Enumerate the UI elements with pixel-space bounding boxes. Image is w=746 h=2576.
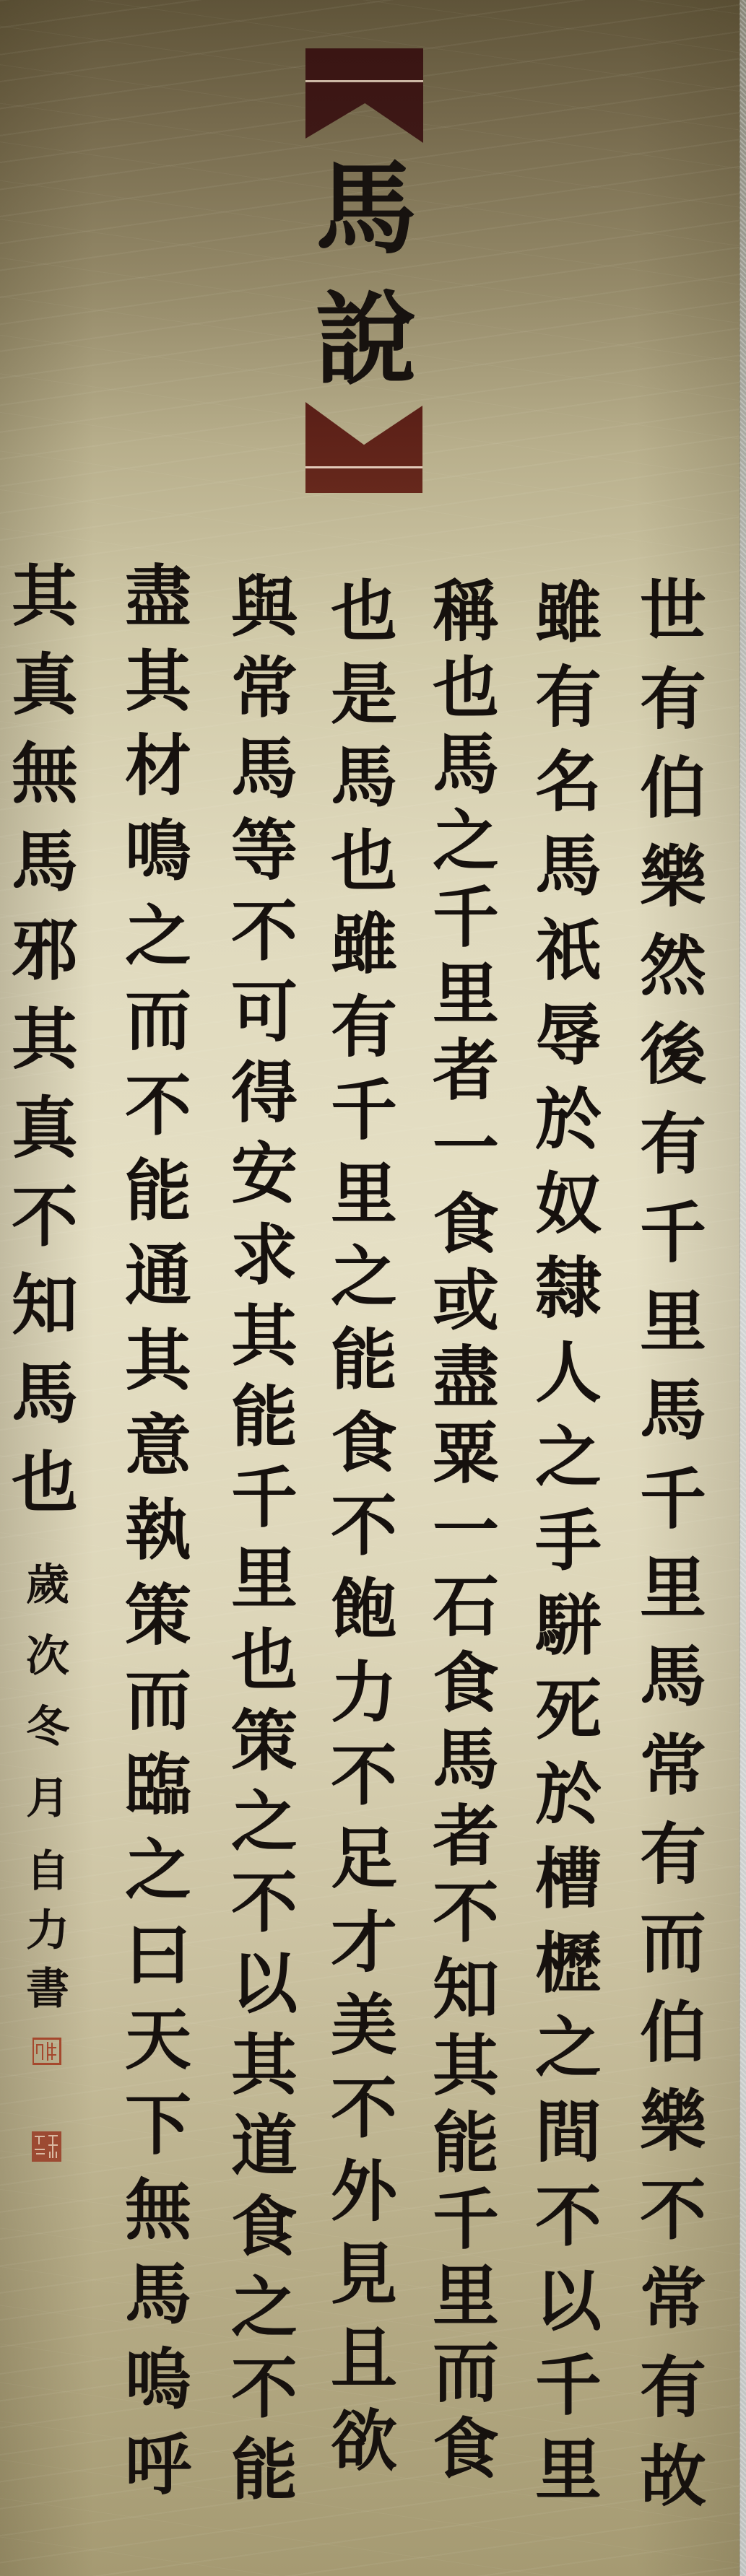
- calligraphy-character: 自: [22, 1849, 73, 1894]
- seal-mark: [36, 2044, 38, 2054]
- inscription-date: 歲次冬月: [22, 1563, 73, 1821]
- calligraphy-character: 也: [225, 1627, 304, 1693]
- calligraphy-character: 馬: [426, 1726, 506, 1793]
- calligraphy-character: 稱: [426, 578, 506, 645]
- calligraphy-character: 真: [5, 652, 84, 718]
- calligraphy-character: 之: [118, 903, 198, 969]
- calligraphy-character: 等: [225, 817, 304, 883]
- calligraphy-character: 而: [118, 987, 198, 1054]
- calligraphy-character: 欲: [324, 2408, 404, 2474]
- seal-mark: [49, 2152, 51, 2158]
- calligraphy-character: 駢: [529, 1592, 608, 1659]
- calligraphy-character: 常: [225, 655, 304, 721]
- seal-lower: [32, 2131, 61, 2162]
- calligraphy-character: 馬: [5, 1361, 84, 1427]
- banner-rule: [305, 466, 422, 468]
- seal-mark: [51, 2043, 53, 2060]
- calligraphy-character: 後: [633, 1021, 713, 1088]
- calligraphy-character: 辱: [529, 1002, 608, 1068]
- mounting-border: [740, 0, 746, 2576]
- calligraphy-character: 不: [529, 2183, 608, 2250]
- seal-mark: [36, 2153, 45, 2154]
- calligraphy-character: 也: [324, 578, 404, 645]
- calligraphy-character: 而: [633, 1910, 713, 1976]
- calligraphy-character: 也: [5, 1449, 84, 1516]
- calligraphy-character: 或: [426, 1267, 506, 1334]
- calligraphy-character: 伯: [633, 755, 713, 821]
- calligraphy-scroll: 馬 說 世有伯樂然後有千里馬千里馬常有而伯樂不常有故 雖有名馬祇辱於奴隸人之手駢…: [0, 0, 746, 2576]
- calligraphy-character: 可: [225, 979, 304, 1045]
- calligraphy-character: 以: [529, 2268, 608, 2334]
- seal-mark: [35, 2136, 45, 2137]
- calligraphy-character: 能: [225, 1384, 304, 1450]
- calligraphy-character: 不: [5, 1184, 84, 1250]
- calligraphy-character: 臨: [118, 1752, 198, 1818]
- title-character: 馬: [312, 156, 420, 263]
- calligraphy-character: 道: [225, 2113, 304, 2179]
- calligraphy-character: 里: [529, 2437, 608, 2503]
- calligraphy-character: 里: [225, 1545, 304, 1612]
- calligraphy-character: 也: [324, 828, 404, 894]
- calligraphy-character: 是: [324, 661, 404, 728]
- calligraphy-character: 伯: [633, 1999, 713, 2066]
- calligraphy-character: 材: [118, 733, 198, 799]
- calligraphy-character: 馬: [529, 833, 608, 899]
- calligraphy-character: 馬: [633, 1643, 713, 1710]
- calligraphy-character: 有: [633, 666, 713, 733]
- seal-mark: [42, 2044, 43, 2060]
- calligraphy-character: 奴: [529, 1171, 608, 1237]
- calligraphy-character: 有: [633, 1821, 713, 1887]
- calligraphy-character: 里: [426, 961, 506, 1027]
- inscription-signature: 自力書: [22, 1849, 73, 2012]
- calligraphy-character: 槽: [529, 1846, 608, 1912]
- calligraphy-character: 里: [633, 1555, 713, 1621]
- text-column-2: 雖有名馬祇辱於奴隸人之手駢死於槽櫪之間不以千里: [529, 580, 608, 2503]
- calligraphy-character: 能: [324, 1327, 404, 1393]
- calligraphy-character: 者: [426, 1037, 506, 1104]
- seal-mark: [35, 2149, 45, 2150]
- calligraphy-character: 而: [118, 1667, 198, 1734]
- calligraphy-character: 飽: [324, 1576, 404, 1643]
- calligraphy-character: 之: [529, 1424, 608, 1490]
- calligraphy-character: 美: [324, 1992, 404, 2058]
- calligraphy-character: 其: [118, 648, 198, 715]
- calligraphy-character: 月: [22, 1776, 73, 1821]
- calligraphy-character: 馬: [324, 744, 404, 811]
- calligraphy-character: 無: [118, 2177, 198, 2243]
- calligraphy-character: 有: [633, 1111, 713, 1177]
- calligraphy-character: 樂: [633, 2088, 713, 2154]
- calligraphy-character: 曰: [118, 1922, 198, 1988]
- calligraphy-character: 食: [324, 1410, 404, 1476]
- calligraphy-character: 不: [426, 1879, 506, 1946]
- calligraphy-character: 執: [118, 1497, 198, 1563]
- calligraphy-character: 不: [324, 2075, 404, 2141]
- calligraphy-character: 不: [324, 1742, 404, 1809]
- calligraphy-character: 有: [324, 994, 404, 1060]
- banner-rule: [305, 80, 423, 82]
- calligraphy-character: 里: [633, 1288, 713, 1355]
- calligraphy-character: 千: [324, 1077, 404, 1143]
- calligraphy-character: 然: [633, 933, 713, 999]
- calligraphy-character: 安: [225, 1140, 304, 1207]
- calligraphy-character: 千: [426, 884, 506, 951]
- calligraphy-character: 之: [324, 1244, 404, 1310]
- calligraphy-character: 下: [118, 2092, 198, 2158]
- calligraphy-character: 邪: [5, 917, 84, 984]
- calligraphy-character: 食: [426, 2416, 506, 2482]
- calligraphy-character: 常: [633, 2266, 713, 2332]
- calligraphy-character: 名: [529, 748, 608, 815]
- calligraphy-character: 石: [426, 1573, 506, 1640]
- calligraphy-character: 其: [426, 2033, 506, 2099]
- calligraphy-character: 常: [633, 1732, 713, 1799]
- calligraphy-character: 策: [118, 1582, 198, 1649]
- calligraphy-character: 馬: [118, 2261, 198, 2328]
- calligraphy-character: 呼: [118, 2432, 198, 2498]
- text-column-7: 其真無馬邪其真不知馬也: [5, 563, 84, 1516]
- calligraphy-character: 馬: [5, 829, 84, 895]
- calligraphy-character: 不: [225, 1869, 304, 1936]
- calligraphy-character: 千: [225, 1464, 304, 1531]
- calligraphy-character: 足: [324, 1825, 404, 1892]
- seal-upper: [32, 2038, 61, 2065]
- calligraphy-character: 千: [633, 1200, 713, 1266]
- calligraphy-character: 知: [426, 1956, 506, 2022]
- calligraphy-character: 才: [324, 1909, 404, 1975]
- calligraphy-character: 故: [633, 2443, 713, 2510]
- calligraphy-character: 力: [324, 1659, 404, 1726]
- calligraphy-character: 千: [426, 2186, 506, 2253]
- calligraphy-character: 人: [529, 1340, 608, 1406]
- calligraphy-character: 其: [5, 1006, 84, 1073]
- calligraphy-character: 不: [225, 898, 304, 964]
- calligraphy-character: 以: [225, 1950, 304, 2017]
- calligraphy-character: 馬: [225, 735, 304, 802]
- calligraphy-character: 能: [225, 2437, 304, 2503]
- calligraphy-character: 雖: [529, 580, 608, 646]
- calligraphy-character: 馬: [426, 731, 506, 798]
- calligraphy-character: 里: [324, 1161, 404, 1227]
- calligraphy-character: 天: [118, 2007, 198, 2073]
- calligraphy-character: 次: [22, 1634, 73, 1679]
- calligraphy-character: 而: [426, 2339, 506, 2406]
- calligraphy-character: 歲: [22, 1563, 73, 1607]
- calligraphy-character: 之: [118, 1837, 198, 1903]
- calligraphy-character: 間: [529, 2099, 608, 2165]
- calligraphy-character: 粟: [426, 1420, 506, 1487]
- calligraphy-character: 祇: [529, 917, 608, 984]
- calligraphy-character: 不: [118, 1073, 198, 1139]
- calligraphy-character: 鳴: [118, 818, 198, 884]
- calligraphy-character: 與: [225, 574, 304, 640]
- calligraphy-character: 見: [324, 2241, 404, 2308]
- calligraphy-character: 之: [529, 2014, 608, 2081]
- calligraphy-character: 通: [118, 1242, 198, 1309]
- calligraphy-character: 不: [225, 2355, 304, 2422]
- calligraphy-character: 之: [225, 2274, 304, 2341]
- calligraphy-character: 一: [426, 1114, 506, 1181]
- calligraphy-character: 不: [324, 1493, 404, 1559]
- calligraphy-character: 求: [225, 1222, 304, 1288]
- calligraphy-character: 之: [225, 1789, 304, 1855]
- calligraphy-character: 樂: [633, 844, 713, 910]
- calligraphy-character: 者: [426, 1803, 506, 1869]
- calligraphy-character: 有: [633, 2354, 713, 2421]
- calligraphy-character: 意: [118, 1413, 198, 1479]
- calligraphy-character: 於: [529, 1086, 608, 1153]
- text-column-4: 也是馬也雖有千里之能食不飽力不足才美不外見且欲: [324, 578, 404, 2474]
- calligraphy-character: 也: [426, 655, 506, 721]
- calligraphy-character: 櫪: [529, 1930, 608, 1996]
- seal-mark: [56, 2152, 57, 2158]
- calligraphy-character: 冬: [22, 1705, 73, 1750]
- calligraphy-character: 盡: [426, 1344, 506, 1410]
- calligraphy-character: 真: [5, 1095, 84, 1161]
- calligraphy-character: 能: [118, 1158, 198, 1224]
- calligraphy-character: 其: [5, 563, 84, 629]
- text-column-6: 盡其材鳴之而不能通其意執策而臨之曰天下無馬嗚呼: [118, 563, 198, 2498]
- calligraphy-character: 手: [529, 1508, 608, 1574]
- calligraphy-character: 策: [225, 1708, 304, 1774]
- calligraphy-character: 無: [5, 741, 84, 807]
- calligraphy-character: 不: [633, 2177, 713, 2243]
- title-banner-top: [305, 48, 423, 143]
- calligraphy-character: 外: [324, 2158, 404, 2224]
- calligraphy-character: 一: [426, 1497, 506, 1563]
- calligraphy-character: 其: [225, 1303, 304, 1369]
- calligraphy-character: 馬: [633, 1377, 713, 1444]
- calligraphy-character: 食: [426, 1191, 506, 1257]
- calligraphy-character: 得: [225, 1060, 304, 1126]
- seal-mark: [48, 2144, 58, 2146]
- calligraphy-character: 千: [529, 2352, 608, 2419]
- calligraphy-character: 雖: [324, 911, 404, 977]
- calligraphy-character: 千: [633, 1466, 713, 1532]
- calligraphy-character: 嗚: [118, 2346, 198, 2413]
- calligraphy-character: 於: [529, 1761, 608, 1828]
- calligraphy-character: 食: [426, 1650, 506, 1716]
- calligraphy-character: 食: [225, 2193, 304, 2260]
- calligraphy-character: 隸: [529, 1255, 608, 1322]
- calligraphy-character: 力: [22, 1908, 73, 1953]
- calligraphy-character: 書: [22, 1967, 73, 2012]
- calligraphy-character: 且: [324, 2325, 404, 2391]
- calligraphy-character: 其: [225, 2032, 304, 2098]
- calligraphy-character: 之: [426, 808, 506, 874]
- seal-mark: [47, 2042, 48, 2061]
- calligraphy-character: 知: [5, 1272, 84, 1338]
- text-column-5: 與常馬等不可得安求其能千里也策之不以其道食之不能: [225, 574, 304, 2503]
- calligraphy-character: 其: [118, 1327, 198, 1394]
- seal-mark: [52, 2135, 53, 2158]
- seal-mark: [38, 2136, 40, 2144]
- seal-mark: [48, 2054, 56, 2056]
- calligraphy-character: 盡: [118, 563, 198, 629]
- text-column-3: 稱也馬之千里者一食或盡粟一石食馬者不知其能千里而食: [426, 578, 506, 2482]
- calligraphy-character: 里: [426, 2263, 506, 2329]
- title-character: 說: [312, 287, 420, 393]
- calligraphy-character: 死: [529, 1677, 608, 1743]
- calligraphy-character: 能: [426, 2110, 506, 2176]
- text-column-1: 世有伯樂然後有千里馬千里馬常有而伯樂不常有故: [633, 577, 713, 2510]
- calligraphy-character: 有: [529, 664, 608, 730]
- title-banner-bottom: [305, 402, 422, 493]
- calligraphy-character: 世: [633, 577, 713, 644]
